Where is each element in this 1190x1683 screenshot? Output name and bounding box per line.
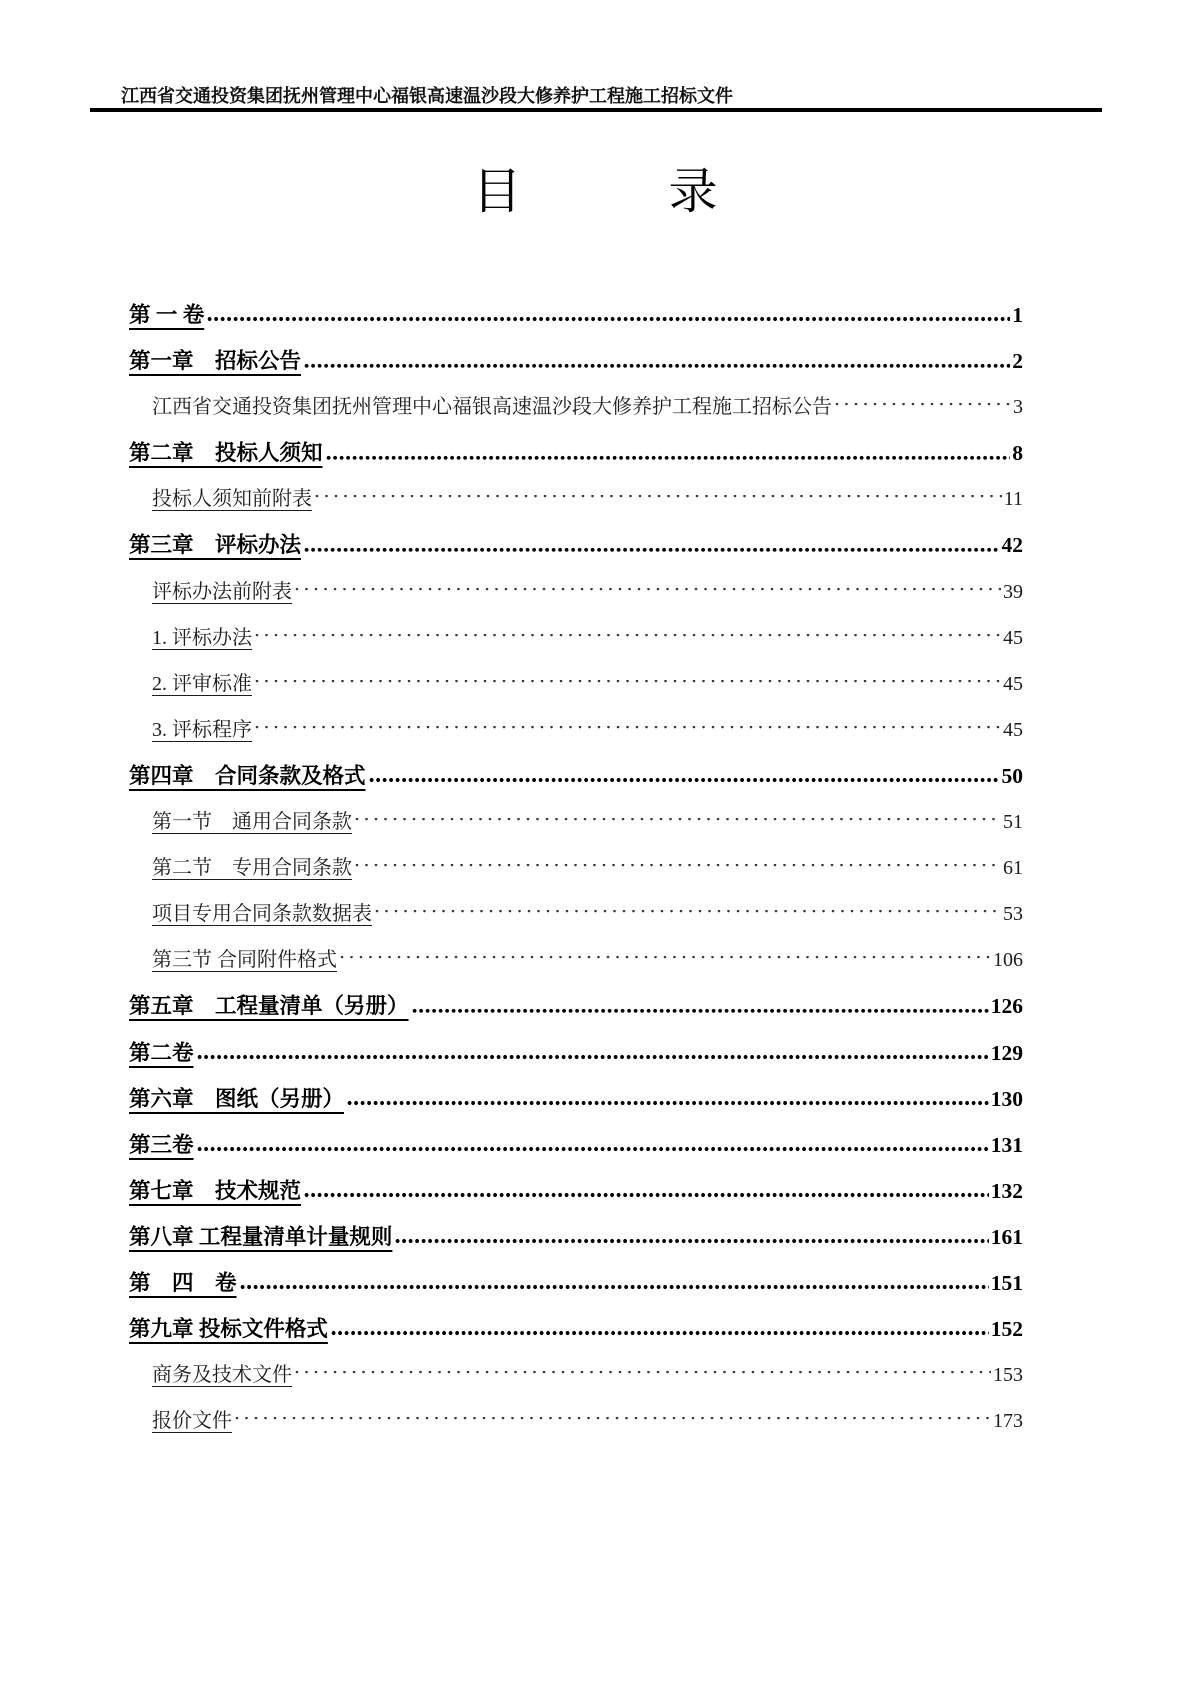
toc-entry-page: 161 (991, 1225, 1023, 1250)
toc-entry-label: 3. 评标程序 (152, 713, 252, 742)
toc-entry-page: 45 (1003, 627, 1023, 650)
toc-entry-page: 45 (1003, 719, 1023, 742)
toc-entry-page: 131 (991, 1133, 1023, 1158)
toc-entry-label: 第七章 技术规范 (129, 1174, 301, 1205)
toc-entry-label: 报价文件 (152, 1404, 232, 1433)
toc-entry[interactable]: 第三节 合同附件格式 106 (129, 930, 1023, 976)
toc-entry-page: 132 (991, 1179, 1023, 1204)
toc-entry[interactable]: 第一节 通用合同条款 51 (129, 792, 1023, 838)
toc-entry-label: 第三节 合同附件格式 (152, 943, 337, 972)
toc-entry-page: 106 (993, 949, 1023, 972)
toc-entry[interactable]: 投标人须知前附表 11 (129, 469, 1023, 515)
dot-leader (295, 588, 1001, 598)
dot-leader (331, 1330, 989, 1336)
page-title: 目 录 (0, 166, 1190, 218)
dot-leader (197, 1054, 989, 1060)
toc-entry-label: 1. 评标办法 (152, 621, 252, 650)
toc-entry[interactable]: 第九章 投标文件格式 152 (129, 1299, 1023, 1345)
toc-entry-label: 第 四 卷 (129, 1266, 237, 1297)
toc-entry[interactable]: 第三章 评标办法 42 (129, 515, 1023, 561)
dot-leader (304, 546, 999, 552)
dot-leader (315, 495, 1002, 505)
toc-entry[interactable]: 第五章 工程量清单（另册） 126 (129, 976, 1023, 1022)
toc-entry-label: 第八章 工程量清单计量规则 (129, 1220, 392, 1251)
toc-entry-page: 50 (1002, 764, 1024, 789)
toc-entry[interactable]: 第四章 合同条款及格式 50 (129, 746, 1023, 792)
dot-leader (255, 680, 1001, 690)
toc-entry-label: 第二卷 (129, 1036, 194, 1067)
dot-leader (255, 726, 1001, 736)
dot-leader (395, 1238, 988, 1244)
toc-entry-page: 130 (991, 1087, 1023, 1112)
toc-entry-page: 152 (991, 1317, 1023, 1342)
toc-entry[interactable]: 第六章 图纸（另册） 130 (129, 1069, 1023, 1115)
toc-entry-label: 评标办法前附表 (152, 575, 292, 604)
toc-entry[interactable]: 第一章 招标公告 2 (129, 331, 1023, 377)
toc-entry[interactable]: 第八章 工程量清单计量规则 161 (129, 1207, 1023, 1253)
toc-entry-page: 151 (991, 1271, 1023, 1296)
dot-leader (255, 634, 1001, 644)
dot-leader (369, 777, 1000, 783)
toc-entry-page: 153 (993, 1364, 1023, 1387)
toc-entry-page: 39 (1003, 581, 1023, 604)
toc-entry[interactable]: 项目专用合同条款数据表 53 (129, 884, 1023, 930)
toc-entry-label: 第一节 通用合同条款 (152, 805, 352, 834)
dot-leader (355, 864, 1001, 874)
dot-leader (240, 1284, 989, 1290)
toc-entry-page: 61 (1003, 857, 1023, 880)
dot-leader (412, 1007, 989, 1013)
toc-entry[interactable]: 江西省交通投资集团抚州管理中心福银高速温沙段大修养护工程施工招标公告 3 (129, 377, 1023, 423)
toc-entry-page: 51 (1003, 811, 1023, 834)
toc-entry-label: 第三卷 (129, 1128, 194, 1159)
toc-entry[interactable]: 3. 评标程序 45 (129, 700, 1023, 746)
toc-entry[interactable]: 评标办法前附表 39 (129, 562, 1023, 608)
toc-list: 第 一 卷 1 第一章 招标公告 2 江西省交通投资集团抚州管理中心福银高速温沙… (129, 285, 1023, 1437)
toc-entry-label: 第二节 专用合同条款 (152, 851, 352, 880)
toc-entry[interactable]: 1. 评标办法 45 (129, 608, 1023, 654)
toc-entry[interactable]: 第三卷 131 (129, 1115, 1023, 1161)
dot-leader (235, 1417, 991, 1427)
toc-entry-label: 第二章 投标人须知 (129, 436, 323, 467)
toc-entry-label: 商务及技术文件 (152, 1358, 292, 1387)
toc-entry[interactable]: 报价文件 173 (129, 1391, 1023, 1437)
toc-entry-label: 2. 评审标准 (152, 667, 252, 696)
toc-entry-label: 江西省交通投资集团抚州管理中心福银高速温沙段大修养护工程施工招标公告 (152, 390, 832, 419)
dot-leader (295, 1371, 991, 1381)
toc-entry-label: 第 一 卷 (129, 298, 204, 329)
toc-entry-label: 投标人须知前附表 (152, 482, 312, 511)
dot-leader (340, 956, 991, 966)
toc-entry-page: 45 (1003, 673, 1023, 696)
toc-entry-label: 第一章 招标公告 (129, 344, 301, 375)
toc-entry[interactable]: 第七章 技术规范 132 (129, 1161, 1023, 1207)
toc-entry-page: 2 (1012, 349, 1023, 374)
toc-entry[interactable]: 第 一 卷 1 (129, 285, 1023, 331)
dot-leader (835, 403, 1011, 413)
toc-entry-page: 3 (1013, 396, 1023, 419)
toc-entry-page: 11 (1004, 488, 1023, 511)
toc-entry-label: 第六章 图纸（另册） (129, 1082, 344, 1113)
toc-entry-label: 项目专用合同条款数据表 (152, 897, 372, 926)
toc-entry-page: 53 (1003, 903, 1023, 926)
toc-entry-label: 第五章 工程量清单（另册） (129, 989, 409, 1020)
dot-leader (304, 362, 1010, 368)
toc-entry[interactable]: 第 四 卷 151 (129, 1253, 1023, 1299)
toc-entry-label: 第三章 评标办法 (129, 528, 301, 559)
document-page: 江西省交通投资集团抚州管理中心福银高速温沙段大修养护工程施工招标文件 目 录 第… (0, 0, 1190, 1683)
toc-entry[interactable]: 第二卷 129 (129, 1023, 1023, 1069)
toc-entry-page: 42 (1002, 533, 1024, 558)
dot-leader (326, 454, 1011, 460)
toc-entry-page: 1 (1012, 303, 1023, 328)
dot-leader (197, 1146, 989, 1152)
toc-entry-page: 129 (991, 1041, 1023, 1066)
document-header-title: 江西省交通投资集团抚州管理中心福银高速温沙段大修养护工程施工招标文件 (121, 82, 733, 108)
toc-entry-page: 8 (1012, 441, 1023, 466)
toc-entry-page: 126 (991, 994, 1023, 1019)
dot-leader (375, 910, 1001, 920)
dot-leader (207, 316, 1010, 322)
header-rule (90, 108, 1102, 112)
toc-entry[interactable]: 第二节 专用合同条款 61 (129, 838, 1023, 884)
dot-leader (304, 1192, 989, 1198)
dot-leader (347, 1100, 989, 1106)
toc-entry[interactable]: 商务及技术文件 153 (129, 1345, 1023, 1391)
toc-entry-label: 第九章 投标文件格式 (129, 1312, 328, 1343)
toc-entry-page: 173 (993, 1410, 1023, 1433)
toc-entry[interactable]: 第二章 投标人须知 8 (129, 423, 1023, 469)
toc-entry-label: 第四章 合同条款及格式 (129, 759, 366, 790)
toc-entry[interactable]: 2. 评审标准 45 (129, 654, 1023, 700)
dot-leader (355, 818, 1001, 828)
